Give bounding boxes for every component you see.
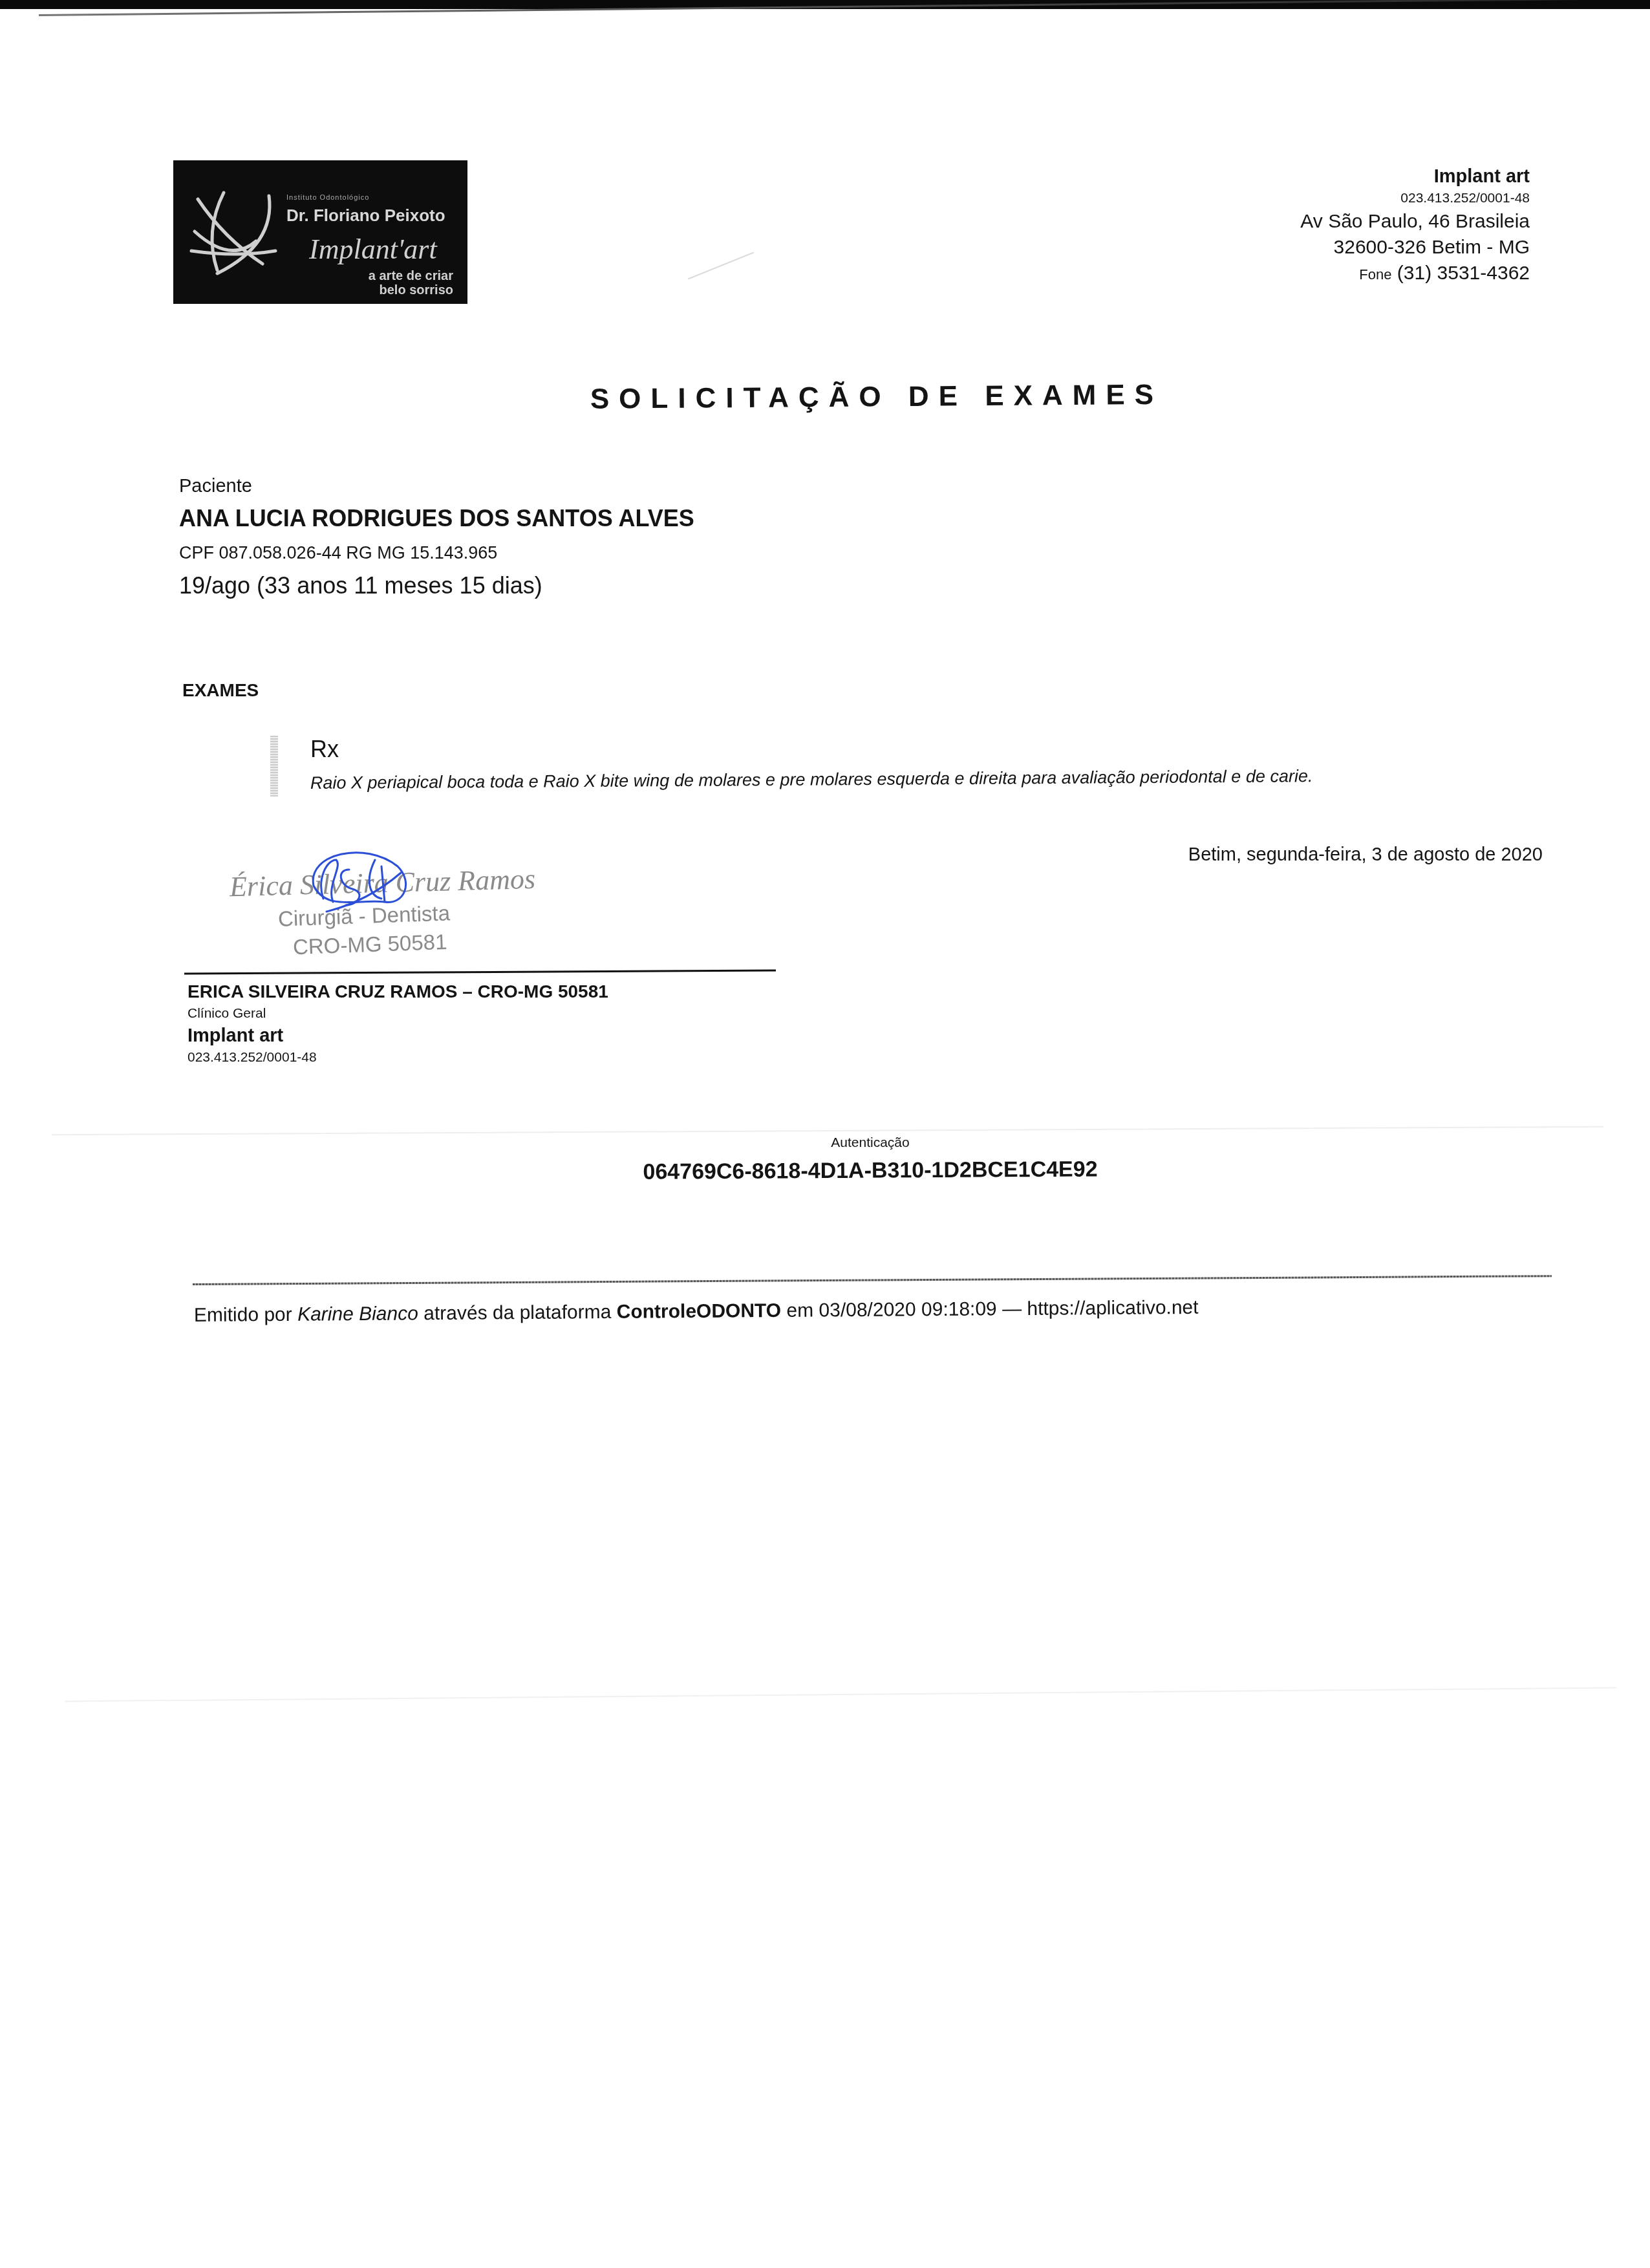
signature-line — [184, 970, 776, 975]
logo-tagline: a arte de criar belo sorriso — [369, 269, 453, 297]
company-cnpj: 023.413.252/0001-48 — [1300, 188, 1530, 209]
paper-fold-mark — [52, 1126, 1603, 1136]
footer-issuer: Karine Bianco — [297, 1303, 418, 1325]
authentication-code: 064769C6-8618-4D1A-B310-1D2BCE1C4E92 — [0, 1153, 1650, 1189]
signer-cnpj: 023.413.252/0001-48 — [187, 1048, 608, 1067]
patient-label: Paciente — [179, 472, 694, 500]
exam-item-marker — [270, 736, 278, 797]
logo-caption: Instituto Odontológico — [286, 194, 369, 202]
signer-role: Clínico Geral — [187, 1004, 608, 1023]
signer-clinic: Implant art — [187, 1023, 608, 1048]
logo-emblem-icon — [185, 186, 288, 283]
issue-date: Betim, segunda-feira, 3 de agosto de 202… — [1188, 844, 1543, 866]
exams-label: EXAMES — [182, 680, 259, 701]
page-title: SOLICITAÇÃO DE EXAMES — [0, 375, 1650, 420]
patient-name: ANA LUCIA RODRIGUES DOS SANTOS ALVES — [179, 500, 694, 537]
patient-age: 19/ago (33 anos 11 meses 15 dias) — [179, 569, 694, 603]
exam-name: Rx — [310, 736, 339, 763]
exam-description: Raio X periapical boca toda e Raio X bit… — [310, 766, 1313, 793]
patient-info: Paciente ANA LUCIA RODRIGUES DOS SANTOS … — [179, 472, 694, 603]
paper-fold-mark — [65, 1687, 1616, 1702]
company-name: Implant art — [1300, 165, 1530, 188]
dentist-stamp: Érica Silveira Cruz Ramos Cirurgiã - Den… — [223, 834, 533, 963]
footer-issued-by: Emitido por Karine Bianco através da pla… — [194, 1297, 1199, 1327]
patient-documents: CPF 087.058.026-44 RG MG 15.143.965 — [179, 537, 694, 569]
stamp-cro: CRO-MG 50581 — [292, 930, 447, 959]
clinic-logo: Instituto Odontológico Dr. Floriano Peix… — [173, 160, 467, 304]
handwritten-signature-icon — [288, 840, 417, 925]
signer-name: ERICA SILVEIRA CRUZ RAMOS – CRO-MG 50581 — [187, 979, 608, 1004]
company-city: 32600-326 Betim - MG — [1300, 235, 1530, 261]
logo-doctor-name: Dr. Floriano Peixoto — [286, 206, 445, 226]
scan-smudge — [688, 251, 755, 279]
footer-divider — [193, 1275, 1552, 1285]
company-address: Av São Paulo, 46 Brasileia — [1300, 209, 1530, 235]
signer-info: ERICA SILVEIRA CRUZ RAMOS – CRO-MG 50581… — [187, 979, 608, 1067]
logo-brand: Implant'art — [309, 233, 437, 266]
company-header: Implant art 023.413.252/0001-48 Av São P… — [1300, 165, 1530, 288]
footer-platform: ControleODONTO — [617, 1300, 782, 1323]
company-phone: Fone (31) 3531-4362 — [1300, 261, 1530, 288]
authentication-label: Autenticação — [0, 1135, 1650, 1151]
